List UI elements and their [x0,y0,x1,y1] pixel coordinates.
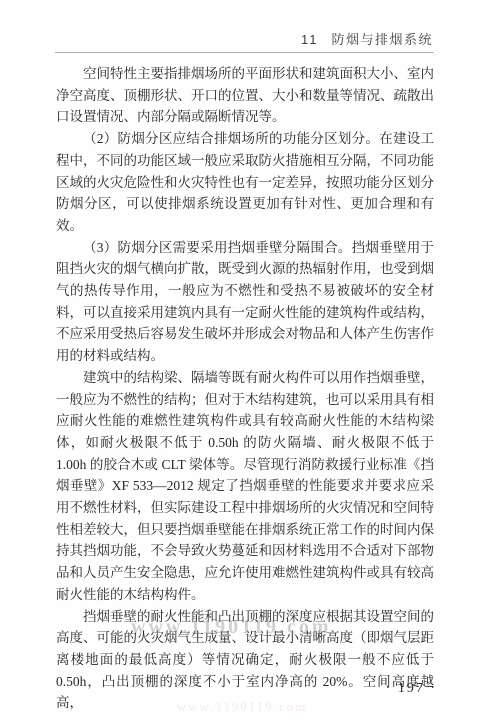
paragraph-item-3: （3）防烟分区需要采用挡烟垂壁分隔围合。挡烟垂壁用于阻挡火灾的烟气横向扩散，既受… [56,237,434,367]
paragraph-fire-resistance: 挡烟垂壁的耐火性能和凸出顶棚的深度应根据其设置空间的高度、可能的火灾烟气生成量、… [56,606,434,715]
paragraph-item-2: （2）防烟分区应结合排烟场所的功能分区划分。在建设工程中，不同的功能区域一般应采… [56,128,434,237]
paragraph-space-characteristics: 空间特性主要指排烟场所的平面形状和建筑面积大小、室内净空高度、顶棚形状、开口的位… [56,63,434,128]
page-number: · 197 · [386,681,437,697]
body-text-block: 空间特性主要指排烟场所的平面形状和建筑面积大小、室内净空高度、顶棚形状、开口的位… [56,63,434,714]
header-divider [55,52,434,53]
running-header: 11防烟与排烟系统 [301,29,433,48]
chapter-number: 11 [301,32,319,47]
chapter-title: 防烟与排烟系统 [331,32,433,47]
book-page: 11防烟与排烟系统 空间特性主要指排烟场所的平面形状和建筑面积大小、室内净空高度… [0,0,484,722]
paragraph-wood-structure: 建筑中的结构梁、隔墙等既有耐火构件可以用作挡烟垂壁，一般应为不燃性的结构；但对于… [56,367,434,606]
